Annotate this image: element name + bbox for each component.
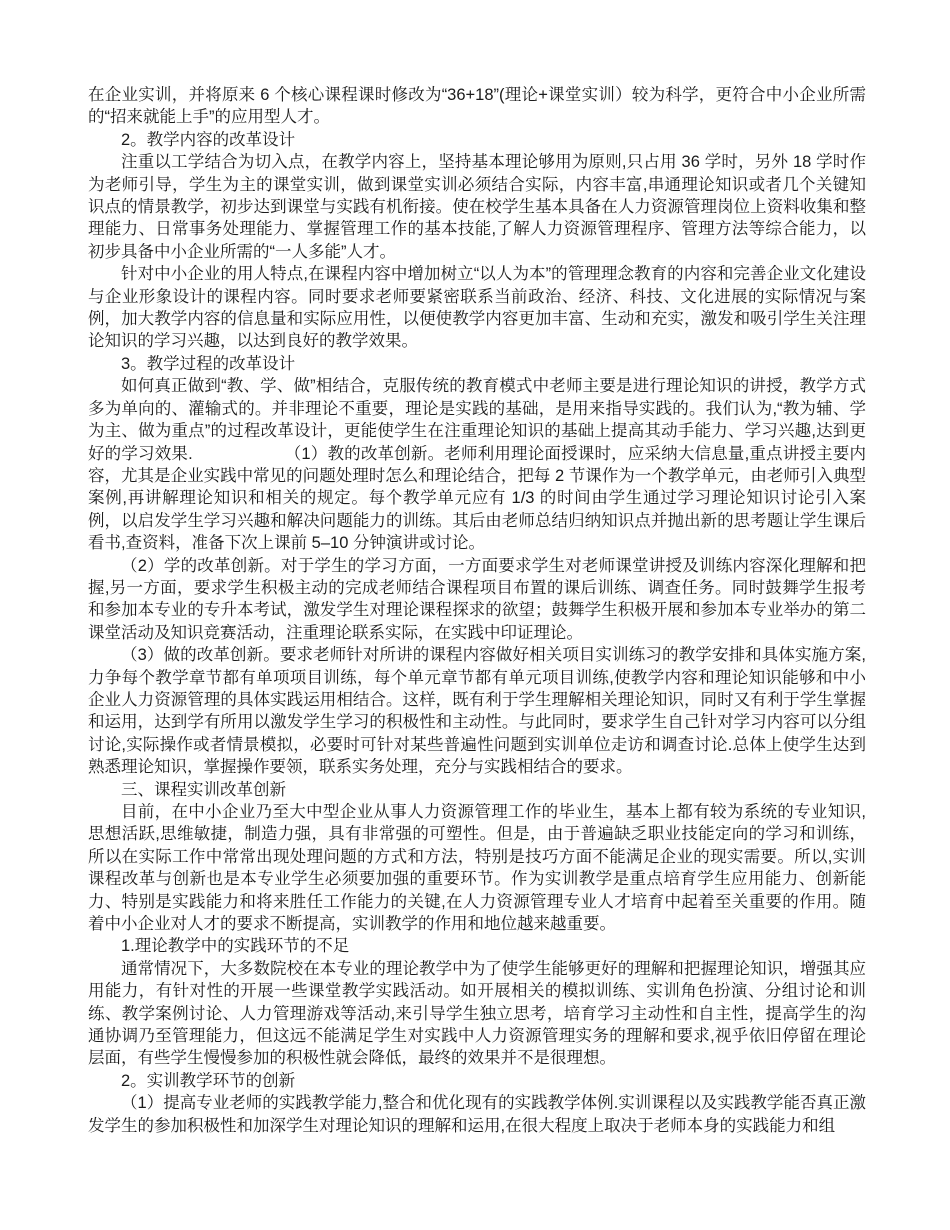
paragraph: 如何真正做到“教、学、做”相结合，克服传统的教育模式中老师主要是进行理论知识的讲…: [88, 375, 866, 554]
paragraph: 注重以工学结合为切入点，在教学内容上，坚持基本理论够用为原则,只占用 36 学时…: [88, 151, 866, 263]
paragraph: 针对中小企业的用人特点,在课程内容中增加树立“以人为本”的管理理念教育的内容和完…: [88, 263, 866, 353]
section-heading: 3。教学过程的改革设计: [88, 353, 866, 375]
paragraph: 在企业实训，并将原来 6 个核心课程课时修改为“36+18”(理论+课堂实训）较…: [88, 84, 866, 129]
paragraph: （2）学的改革创新。对于学生的学习方面，一方面要求学生对老师课堂讲授及训练内容深…: [88, 555, 866, 645]
paragraph: 目前，在中小企业乃至大中型企业从事人力资源管理工作的毕业生，基本上都有较为系统的…: [88, 801, 866, 935]
section-heading: 2。教学内容的改革设计: [88, 129, 866, 151]
document-page: 在企业实训，并将原来 6 个核心课程课时修改为“36+18”(理论+课堂实训）较…: [0, 0, 950, 1230]
section-heading: 三、课程实训改革创新: [88, 779, 866, 801]
paragraph: （3）做的改革创新。要求老师针对所讲的课程内容做好相关项目实训练习的教学安排和具…: [88, 644, 866, 778]
paragraph: 通常情况下，大多数院校在本专业的理论教学中为了使学生能够更好的理解和把握理论知识…: [88, 958, 866, 1070]
section-heading: 2。实训教学环节的创新: [88, 1070, 866, 1092]
section-heading: 1.理论教学中的实践环节的不足: [88, 935, 866, 957]
paragraph: （1）提高专业老师的实践教学能力,整合和优化现有的实践教学体例.实训课程以及实践…: [88, 1092, 866, 1137]
document-body: 在企业实训，并将原来 6 个核心课程课时修改为“36+18”(理论+课堂实训）较…: [88, 84, 866, 1137]
